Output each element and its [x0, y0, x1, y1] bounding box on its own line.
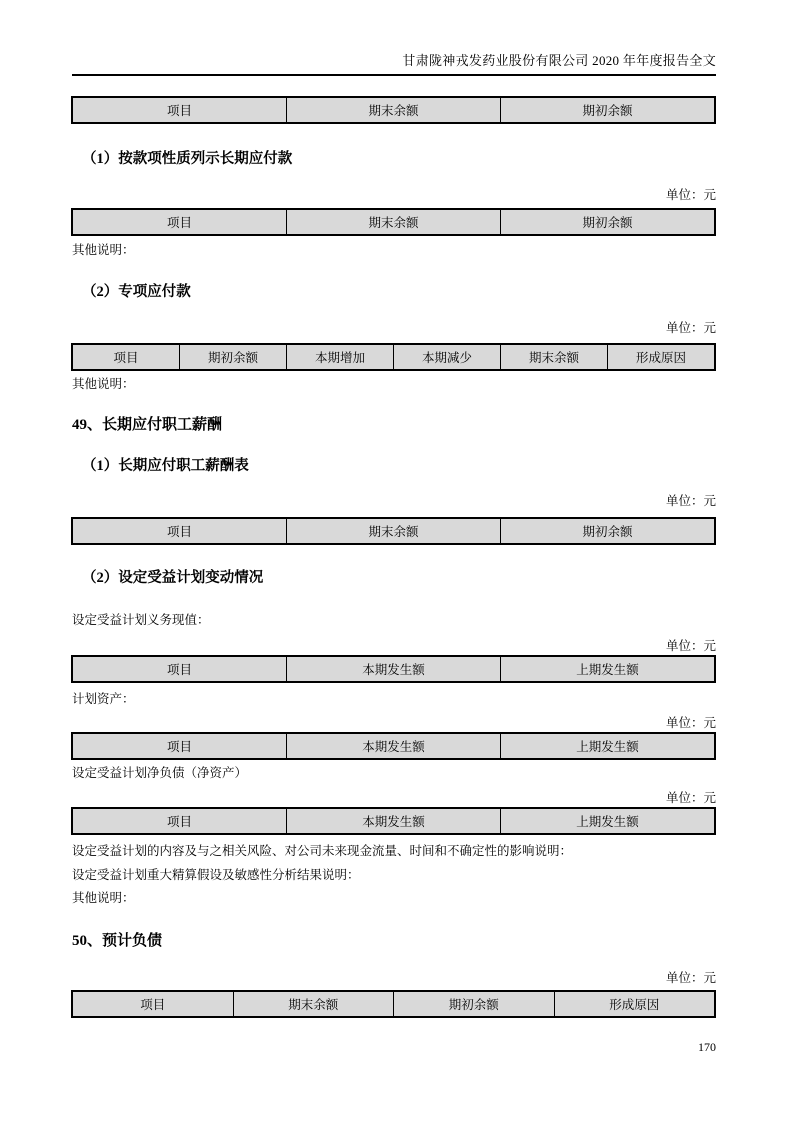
column-header-item: 项目	[73, 657, 286, 681]
column-header-beginning-balance: 期初余额	[393, 992, 554, 1016]
column-header-item: 项目	[73, 210, 286, 234]
column-header-current-increase: 本期增加	[286, 345, 393, 369]
plan-assets-table: 项目 本期发生额 上期发生额	[71, 732, 716, 760]
section-48-2-heading: （2）专项应付款	[82, 280, 191, 298]
column-header-ending-balance: 期末余额	[286, 519, 500, 543]
section-50-heading: 50、预计负债	[72, 929, 162, 947]
column-header-current-decrease: 本期减少	[393, 345, 500, 369]
unit-label: 单位：元	[666, 788, 716, 804]
column-header-item: 项目	[73, 809, 286, 833]
column-header-prior-period-amount: 上期发生额	[500, 657, 714, 681]
long-payables-by-nature-table: 项目 期末余额 期初余额	[71, 208, 716, 236]
other-note-text: 其他说明：	[72, 240, 135, 256]
defined-benefit-obligation-table: 项目 本期发生额 上期发生额	[71, 655, 716, 683]
report-page: 甘肃陇神戎发药业股份有限公司 2020 年年度报告全文 项目 期末余额 期初余额…	[0, 0, 793, 1122]
column-header-beginning-balance: 期初余额	[179, 345, 286, 369]
column-header-prior-period-amount: 上期发生额	[500, 809, 714, 833]
impact-note-text: 设定受益计划的内容及与之相关风险、对公司未来现金流量、时间和不确定性的影响说明：	[72, 841, 572, 857]
long-term-employee-pay-table: 项目 期末余额 期初余额	[71, 517, 716, 545]
column-header-prior-period-amount: 上期发生额	[500, 734, 714, 758]
unit-label: 单位：元	[666, 185, 716, 201]
column-header-beginning-balance: 期初余额	[500, 210, 714, 234]
section-49-2-heading: （2）设定受益计划变动情况	[82, 566, 263, 584]
column-header-ending-balance: 期末余额	[233, 992, 394, 1016]
unit-label: 单位：元	[666, 968, 716, 984]
column-header-current-period-amount: 本期发生额	[286, 734, 500, 758]
column-header-item: 项目	[73, 992, 233, 1016]
column-header-ending-balance: 期末余额	[286, 98, 500, 122]
unit-label: 单位：元	[666, 491, 716, 507]
special-payables-table: 项目 期初余额 本期增加 本期减少 期末余额 形成原因	[71, 343, 716, 371]
unit-label: 单位：元	[666, 318, 716, 334]
column-header-item: 项目	[73, 345, 179, 369]
column-header-ending-balance: 期末余额	[500, 345, 607, 369]
provisions-table: 项目 期末余额 期初余额 形成原因	[71, 990, 716, 1018]
other-note-text: 其他说明：	[72, 374, 135, 390]
unit-label: 单位：元	[666, 713, 716, 729]
page-number: 170	[72, 1040, 716, 1056]
section-49-heading: 49、长期应付职工薪酬	[72, 413, 222, 431]
column-header-beginning-balance: 期初余额	[500, 98, 714, 122]
plan-assets-label: 计划资产：	[72, 689, 135, 705]
actuarial-note-text: 设定受益计划重大精算假设及敏感性分析结果说明：	[72, 865, 360, 881]
obligation-present-value-label: 设定受益计划义务现值：	[72, 610, 210, 626]
net-defined-benefit-liability-table: 项目 本期发生额 上期发生额	[71, 807, 716, 835]
other-note-text: 其他说明：	[72, 888, 135, 904]
section-48-1-heading: （1）按款项性质列示长期应付款	[82, 147, 292, 165]
column-header-ending-balance: 期末余额	[286, 210, 500, 234]
column-header-current-period-amount: 本期发生额	[286, 657, 500, 681]
unit-label: 单位：元	[666, 636, 716, 652]
column-header-current-period-amount: 本期发生额	[286, 809, 500, 833]
report-header-title: 甘肃陇神戎发药业股份有限公司 2020 年年度报告全文	[72, 50, 716, 68]
column-header-formation-reason: 形成原因	[554, 992, 715, 1016]
section-49-1-heading: （1）长期应付职工薪酬表	[82, 454, 249, 472]
header-divider-rule	[72, 74, 716, 76]
column-header-formation-reason: 形成原因	[607, 345, 714, 369]
net-liability-label: 设定受益计划净负债（净资产）	[72, 763, 247, 779]
column-header-item: 项目	[73, 519, 286, 543]
long-payables-continuation-table: 项目 期末余额 期初余额	[71, 96, 716, 124]
column-header-item: 项目	[73, 734, 286, 758]
column-header-beginning-balance: 期初余额	[500, 519, 714, 543]
column-header-item: 项目	[73, 98, 286, 122]
